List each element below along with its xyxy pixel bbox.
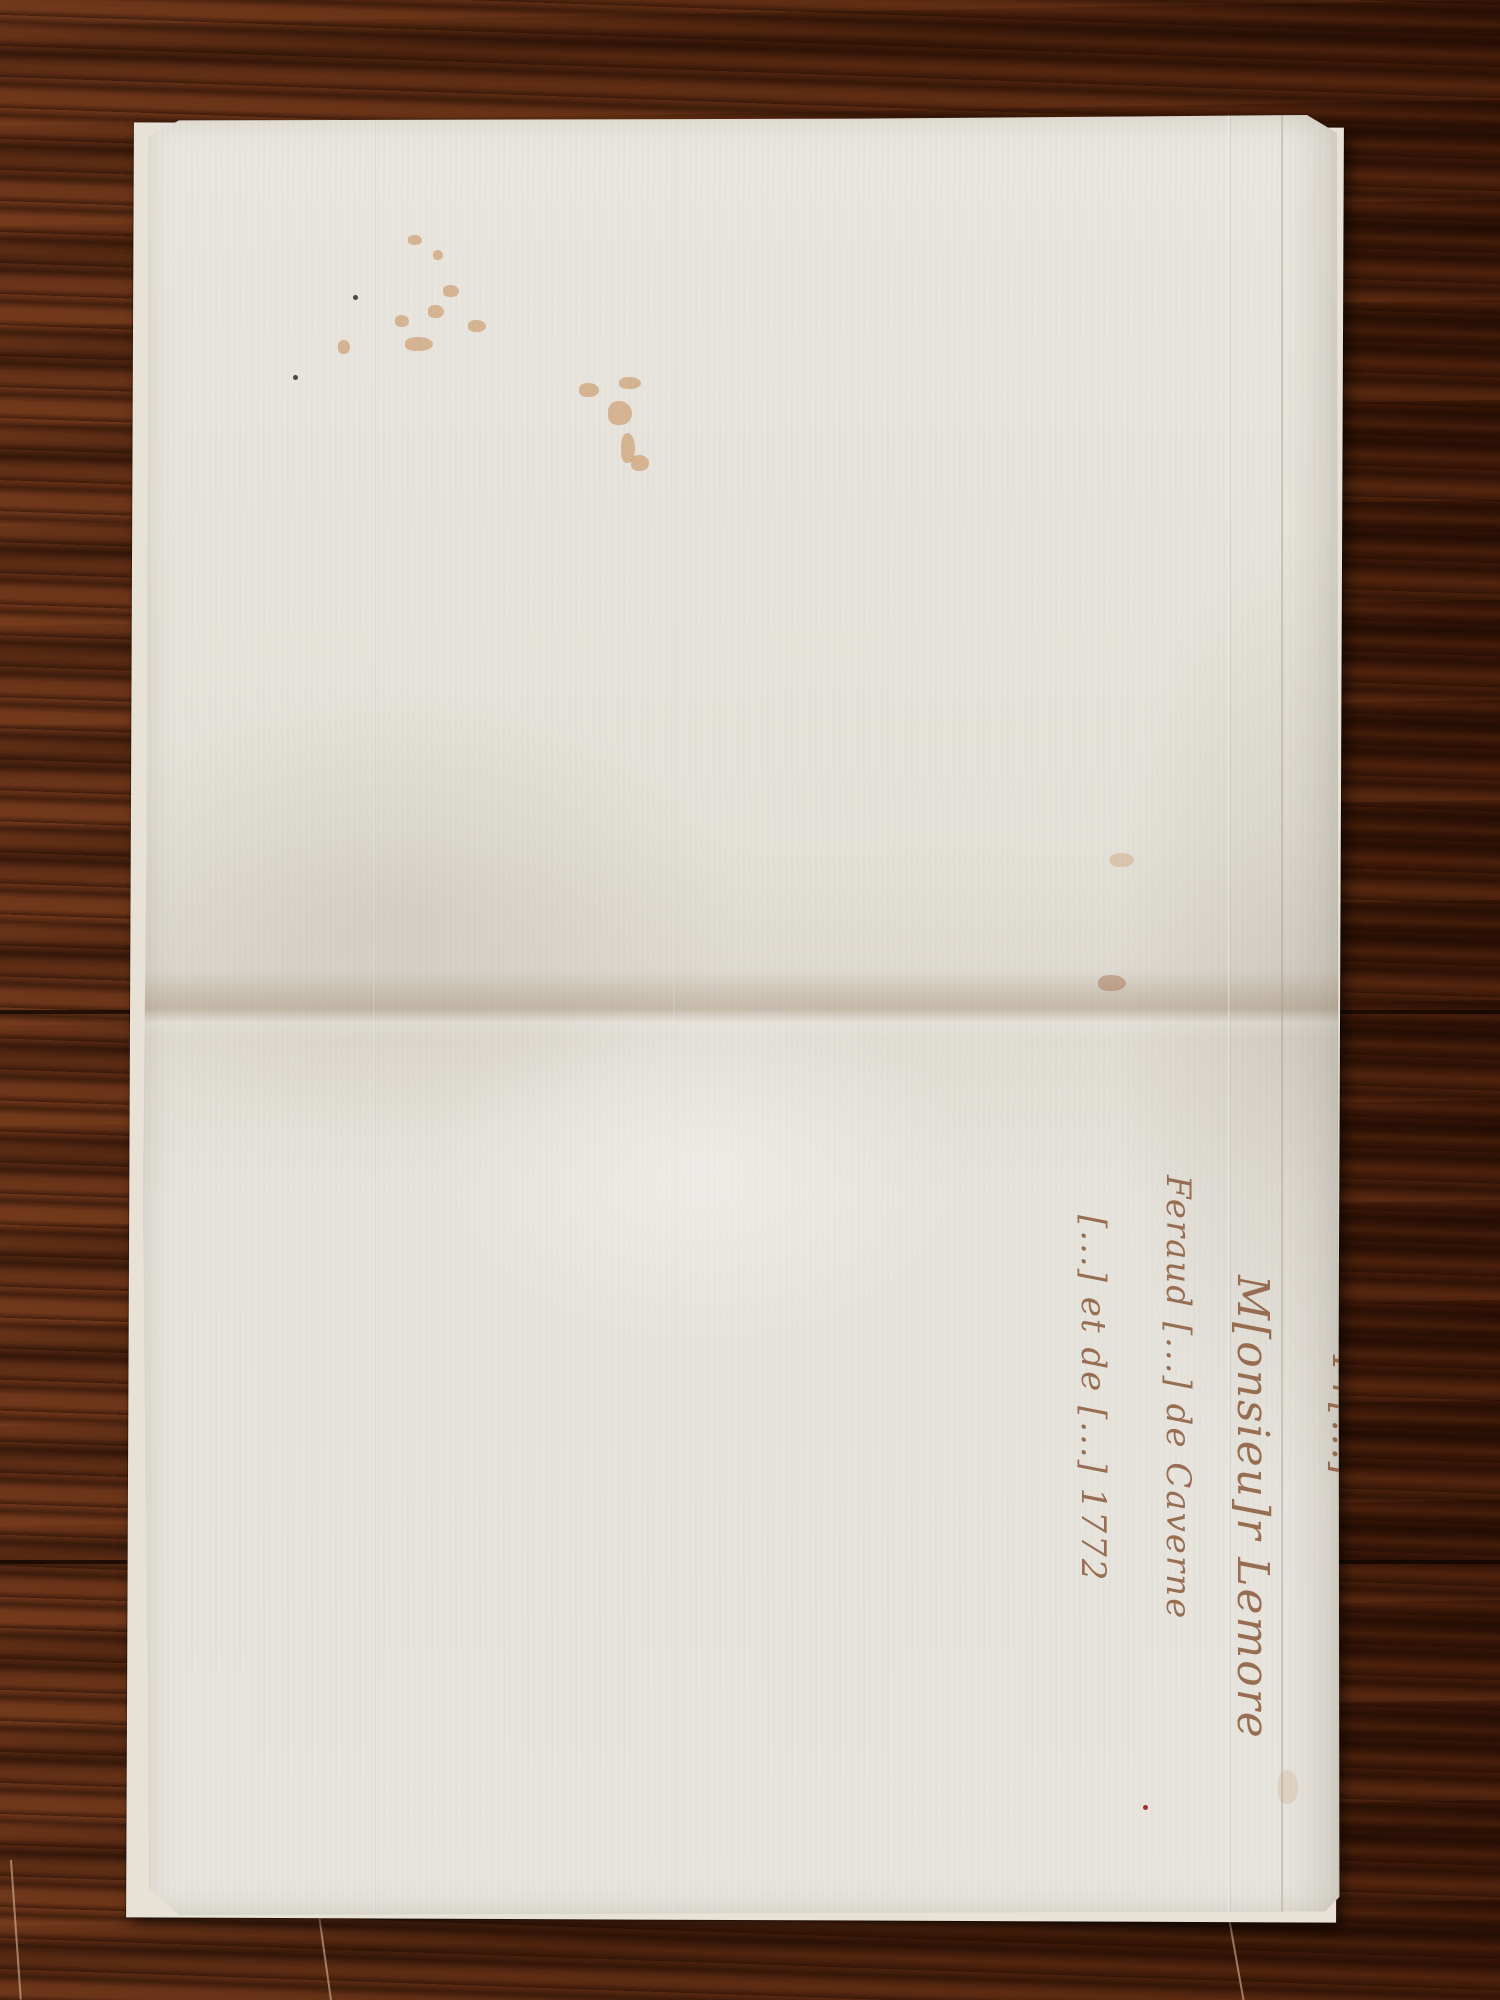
handwriting-line: Feraud [...] de Caverne	[1158, 1175, 1198, 1620]
foxing-stain	[395, 315, 409, 327]
foxing-stain	[468, 320, 486, 332]
handwriting-line: M[onsieu]r Lemore	[1227, 1275, 1278, 1740]
foxing-stain	[405, 337, 433, 351]
foxing-stain	[1098, 975, 1126, 991]
foxing-stain	[433, 250, 443, 260]
foxing-stain	[443, 285, 459, 297]
foxing-stain	[608, 401, 632, 425]
foxing-stain	[619, 377, 641, 389]
handwriting-line: [...] et de [...] 1772	[1073, 1215, 1113, 1582]
foxing-stain	[1110, 853, 1134, 867]
foxing-stain	[428, 305, 444, 318]
horizontal-fold-crease	[143, 970, 1343, 1040]
ink-speck	[353, 295, 358, 300]
document-page: Pr[...] M[onsieu]r Lemore Feraud [...] d…	[143, 115, 1343, 1915]
foxing-stain	[338, 340, 350, 354]
foxing-stain	[579, 383, 599, 397]
vertical-fold-line	[673, 115, 676, 1915]
handwritten-docket: Pr[...] M[onsieu]r Lemore Feraud [...] d…	[1038, 1155, 1378, 1915]
foxing-stain	[631, 455, 649, 471]
ink-speck	[293, 375, 298, 380]
vertical-fold-line	[373, 115, 376, 1915]
foxing-stain	[408, 235, 422, 245]
